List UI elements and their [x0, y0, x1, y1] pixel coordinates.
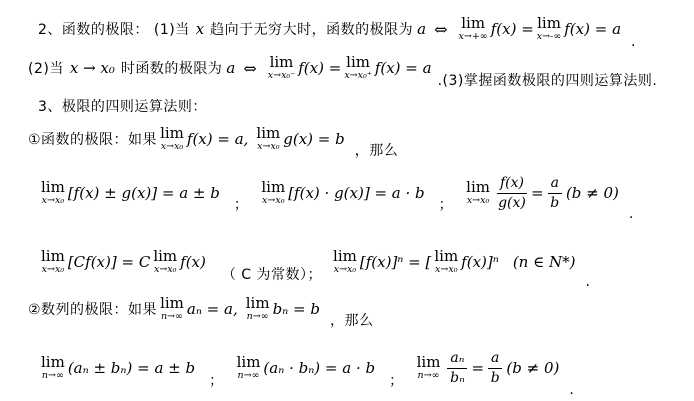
limit-expression: lim x→x₀	[153, 249, 177, 274]
limit-operator: lim	[466, 180, 490, 196]
limit-operator: lim	[160, 126, 184, 142]
limit-subscript: x→x₀	[42, 196, 64, 206]
text-run: ②数列的极限：如果	[28, 299, 157, 319]
heading-text: 3、极限的四则运算法则：	[38, 96, 207, 116]
limit-subscript: x→x₀	[467, 196, 489, 206]
fraction-numerator: a	[548, 175, 562, 193]
equals-sign: =	[531, 184, 544, 202]
limit-expression: lim x→x₀	[41, 249, 65, 274]
fraction-denominator: g(x)	[498, 194, 526, 211]
limit-operator: lim	[41, 355, 65, 371]
fraction: aₙ bₙ	[447, 350, 467, 385]
limit-body: f(x) =	[491, 20, 534, 38]
limit-body: (aₙ ± bₙ) = a ± b	[68, 359, 195, 377]
document-page: 2、函数的极限： (1)当 x 趋向于无穷大时，函数的极限为 a ⇔ lim x…	[0, 0, 694, 401]
limit-body: f(x) = a	[564, 20, 621, 38]
limit-body: f(x) =	[298, 59, 341, 77]
limit-expression: lim n→∞	[160, 296, 184, 321]
equals-sign: =	[471, 359, 484, 377]
math-var-a: a	[417, 20, 426, 38]
limit-body: f(x) = a,	[187, 130, 249, 148]
limit-expression: lim n→∞	[246, 296, 270, 321]
limit-subscript: x→x₀	[334, 265, 356, 275]
fraction-numerator: f(x)	[497, 175, 527, 193]
semicolon: ；	[439, 194, 454, 214]
limit-subscript: x→x₀	[161, 142, 183, 152]
limit-operator: lim	[537, 16, 561, 32]
limit-operator: lim	[256, 126, 280, 142]
limit-expression: lim x→x₀	[333, 249, 357, 274]
limit-expression: lim x→x₀	[466, 180, 490, 205]
limit-operator: lim	[153, 249, 177, 265]
limit-body: f(x)	[461, 253, 487, 271]
limit-operator: lim	[246, 296, 270, 312]
limit-expression: lim x→x₀	[261, 180, 285, 205]
limit-body: f(x) = a	[375, 59, 432, 77]
limit-body: [f(x) · g(x)] = a · b	[288, 184, 424, 202]
limit-operator: lim	[41, 249, 65, 265]
heading-limit-rules: 3、极限的四则运算法则：	[38, 96, 207, 116]
fraction: a b	[548, 175, 562, 210]
limit-subscript: x→+∞	[459, 32, 488, 42]
limit-body: [f(x) ± g(x)] = a ± b	[68, 184, 220, 202]
limit-subscript: n→∞	[238, 371, 260, 381]
limit-subscript: x→x₀	[42, 265, 64, 275]
period: .	[569, 382, 573, 398]
limit-expression: lim x→x₀	[41, 180, 65, 205]
formula-row-function-rules: lim x→x₀ [f(x) ± g(x)] = a ± b ； lim x→x…	[38, 164, 633, 222]
limit-operator: lim	[261, 180, 285, 196]
limit-operator: lim	[333, 249, 357, 265]
iff-symbol: ⇔	[243, 59, 256, 78]
text-run: ，那么	[355, 140, 399, 160]
limit-body: aₙ = a,	[187, 300, 238, 318]
limit-operator: lim	[417, 355, 441, 371]
text-run: .(3)掌握函数极限的四则运算法则.	[438, 70, 658, 90]
limit-subscript: x→x₀⁺	[344, 71, 372, 81]
text-run: 2、函数的极限： (1)当	[38, 19, 190, 39]
formula-row-sequence-rules: lim n→∞ (aₙ ± bₙ) = a ± b ； lim n→∞ (aₙ …	[38, 338, 574, 398]
condition: (b ≠ 0)	[566, 184, 619, 202]
limit-expression: lim x→x₀	[256, 126, 280, 151]
fraction-denominator: bₙ	[450, 369, 465, 386]
text-run: 趋向于无穷大时，函数的极限为	[210, 19, 413, 39]
formula-row-constant-power-rules: lim x→x₀ [Cf(x)] = C lim x→x₀ f(x) （ C 为…	[38, 234, 590, 290]
limit-body: [f(x)]ⁿ = [	[360, 253, 431, 271]
paragraph-sequence-limit-if: ②数列的极限：如果 lim n→∞ aₙ = a, lim n→∞ bₙ = b…	[28, 288, 373, 330]
limit-body: bₙ = b	[273, 300, 320, 318]
period: .	[629, 206, 633, 222]
limit-subscript: x→x₀	[257, 142, 279, 152]
limit-expression: lim x→-∞	[537, 16, 561, 41]
text-run: (2)当	[28, 58, 64, 78]
limit-subscript: x→x₀	[435, 265, 457, 275]
limit-subscript: n→∞	[418, 371, 440, 381]
limit-body: g(x) = b	[283, 130, 344, 148]
text-run: （ C 为常数）；	[222, 264, 322, 284]
limit-operator: lim	[41, 180, 65, 196]
limit-body: (aₙ · bₙ) = a · b	[263, 359, 375, 377]
text-run: ，那么	[330, 310, 374, 330]
fraction-denominator: b	[550, 194, 559, 211]
semicolon: ；	[234, 194, 249, 214]
limit-expression: lim x→x₀⁺	[344, 55, 372, 80]
fraction-numerator: aₙ	[447, 350, 467, 368]
limit-operator: lim	[434, 249, 458, 265]
iff-symbol: ⇔	[434, 20, 447, 39]
fraction-denominator: b	[491, 369, 500, 386]
condition: (b ≠ 0)	[506, 359, 559, 377]
limit-expression: lim n→∞	[417, 355, 441, 380]
limit-subscript: x→x₀⁻	[268, 71, 296, 81]
math-var-x: x	[196, 20, 204, 38]
limit-expression: lim x→x₀⁻	[268, 55, 296, 80]
fraction-numerator: a	[488, 350, 502, 368]
paragraph-function-limit-if: ①函数的极限：如果 lim x→x₀ f(x) = a, lim x→x₀ g(…	[28, 118, 398, 160]
limit-expression: lim x→x₀	[160, 126, 184, 151]
limit-body: [Cf(x)] = C	[68, 253, 150, 271]
paragraph-function-limit-infinity: 2、函数的极限： (1)当 x 趋向于无穷大时，函数的极限为 a ⇔ lim x…	[38, 8, 635, 50]
text-run: 时函数的极限为	[121, 58, 223, 78]
fraction: a b	[488, 350, 502, 385]
paragraph-function-limit-point: (2)当 x → x₀ 时函数的极限为 a ⇔ lim x→x₀⁻ f(x) =…	[28, 46, 657, 90]
semicolon: ；	[389, 370, 404, 390]
limit-operator: lim	[346, 55, 370, 71]
limit-subscript: x→x₀	[154, 265, 176, 275]
limit-subscript: n→∞	[42, 371, 64, 381]
math-arrow-expression: x → x₀	[70, 59, 115, 77]
limit-operator: lim	[270, 55, 294, 71]
limit-subscript: n→∞	[247, 312, 269, 322]
math-var-a: a	[226, 59, 235, 77]
limit-operator: lim	[237, 355, 261, 371]
limit-subscript: n→∞	[161, 312, 183, 322]
limit-expression: lim x→+∞	[459, 16, 488, 41]
condition: (n ∈ N*)	[513, 253, 576, 271]
limit-subscript: x→x₀	[262, 196, 284, 206]
limit-subscript: x→-∞	[537, 32, 561, 42]
text-run: ①函数的极限：如果	[28, 129, 157, 149]
limit-expression: lim n→∞	[41, 355, 65, 380]
period: .	[585, 274, 589, 290]
limit-expression: lim x→x₀	[434, 249, 458, 274]
limit-operator: lim	[461, 16, 485, 32]
limit-body: f(x)	[180, 253, 206, 271]
fraction: f(x) g(x)	[497, 175, 527, 210]
close-bracket-power: ]ⁿ	[487, 253, 499, 271]
limit-operator: lim	[160, 296, 184, 312]
semicolon: ；	[209, 370, 224, 390]
limit-expression: lim n→∞	[237, 355, 261, 380]
